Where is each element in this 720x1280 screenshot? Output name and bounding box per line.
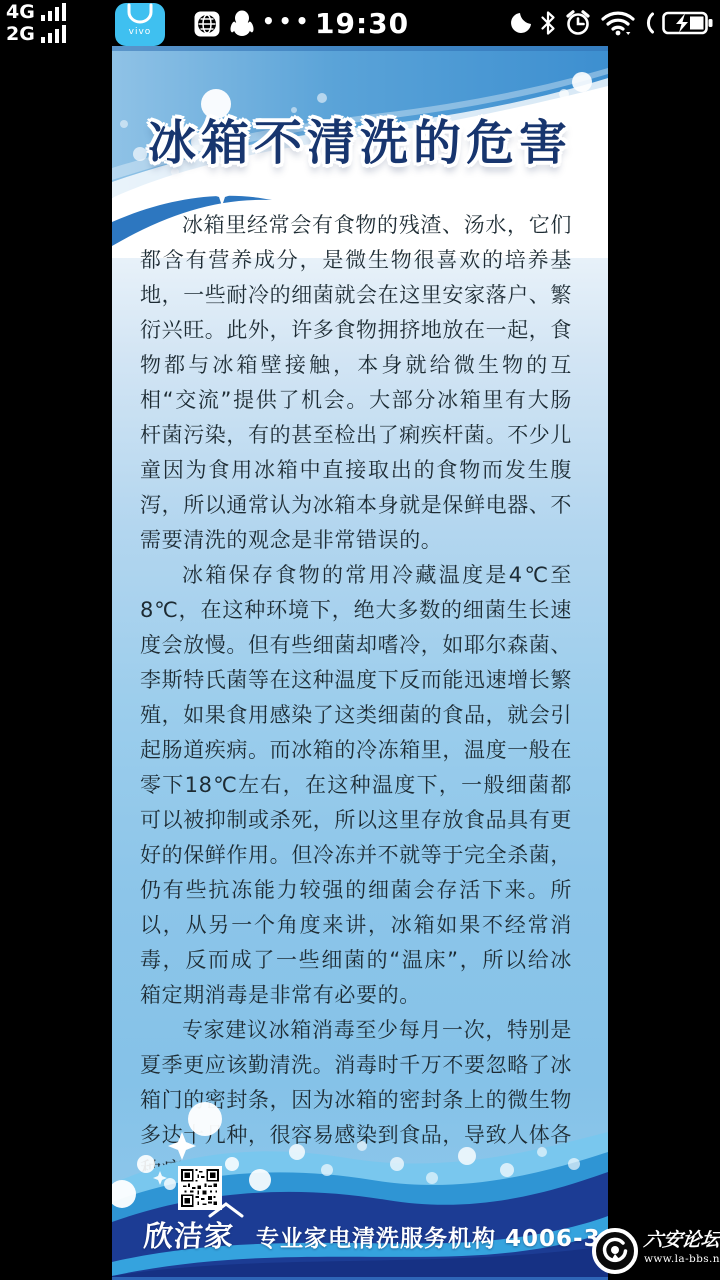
status-bar[interactable]: 4G 2G vivo [0,0,720,46]
poster-body-text: 冰箱里经常会有食物的残渣、汤水，它们都含有营养成分，是微生物很喜欢的培养基地，一… [140,208,572,1188]
signal-indicators: 4G 2G [6,1,67,45]
more-notifications-icon: ••• [262,9,312,33]
footer-tagline: 专业家电清洗服务机构 4006-369-516 [256,1220,608,1253]
status-icons [510,0,714,46]
sim2-signal: 2G [6,23,67,45]
wifi-icon [600,9,636,37]
signal-bars-icon [41,24,67,44]
battery-charging-icon [662,9,714,37]
clock-time: 19:30 [315,7,407,40]
sim1-signal: 4G [6,1,67,23]
sim1-network-label: 4G [6,3,35,22]
vivo-label: vivo [129,28,152,37]
paragraph-2: 冰箱保存食物的常用冷藏温度是4℃至8℃，在这种环境下，绝大多数的细菌生长速度会放… [140,558,572,1013]
qq-notification-icon [230,9,254,37]
brand-logo: 欣洁家 [143,1214,236,1255]
charging-arc-icon [644,11,654,35]
shopping-bag-icon [123,3,157,29]
forum-url: www.la-bbs.net [644,1253,720,1265]
watermark: 六安论坛 www.la-bbs.net [591,1222,720,1278]
watermark-text: 六安论坛 www.la-bbs.net [644,1222,720,1265]
signal-bars-icon [41,2,67,22]
vivo-appstore-icon: vivo [115,3,165,46]
paragraph-1: 冰箱里经常会有食物的残渣、汤水，它们都含有营养成分，是微生物很喜欢的培养基地，一… [140,208,572,558]
poster-title: 冰箱不清洗的危害 [112,104,608,173]
browser-notification-icon [194,11,220,37]
phone-screen: 4G 2G vivo [0,0,720,1280]
forum-name: 六安论坛 [642,1225,720,1252]
alarm-clock-icon [564,9,592,37]
bluetooth-icon [540,10,556,36]
moon-mute-icon [510,12,532,34]
forum-logo-icon [591,1222,641,1278]
sim2-network-label: 2G [6,25,35,44]
poster-photo[interactable]: 冰箱不清洗的危害 冰箱里经常会有食物的残渣、汤水，它们都含有营养成分，是微生物很… [112,46,608,1280]
